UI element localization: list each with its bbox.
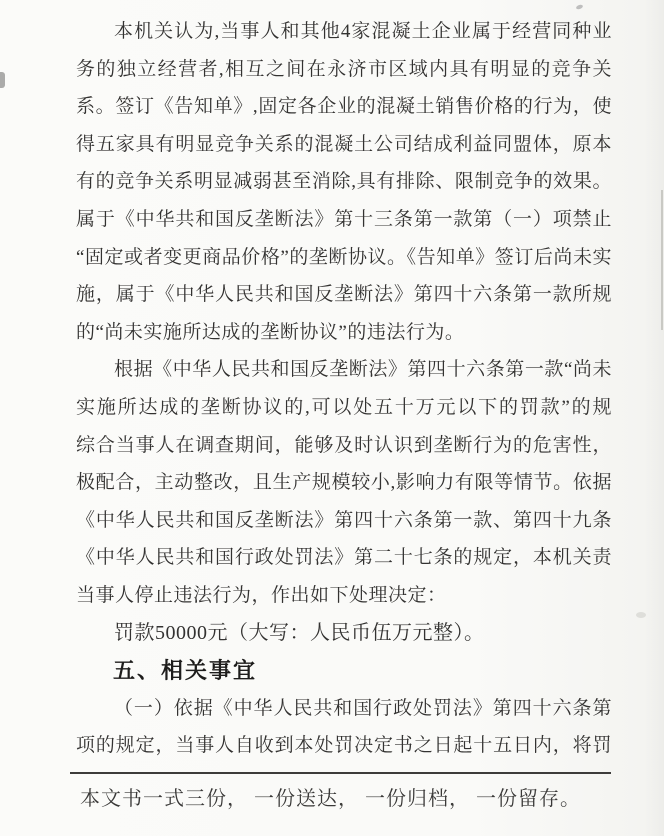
text-line: 得五家具有明显竞争关系的混凝土公司结成利益同盟体，原本具	[76, 126, 612, 164]
document-body: 本机关认为,当事人和其他4家混凝土企业属于经营同种业 务的独立经营者,相互之间在…	[76, 13, 612, 765]
text-line: 根据《中华人民共和国反垄断法》第四十六条第一款“尚未	[76, 351, 612, 389]
text-line: 属于《中华共和国反垄断法》第十三条第一款第（一）项禁止的	[76, 201, 612, 239]
text-line: 的“尚未实施所达成的垄断协议”的违法行为。	[76, 314, 612, 352]
scanned-document-page: 本机关认为,当事人和其他4家混凝土企业属于经营同种业 务的独立经营者,相互之间在…	[0, 0, 664, 836]
text-line: 极配合，主动整改，且生产规模较小,影响力有限等情节。依据	[76, 464, 612, 502]
text-line: 《中华人民共和国反垄断法》第四十六条第一款、第四十九条和	[76, 502, 612, 540]
scan-artifact-top-mark	[576, 4, 584, 10]
penalty-amount-line: 罚款50000元（大写：人民币伍万元整）。	[76, 615, 612, 653]
text-line: 本机关认为,当事人和其他4家混凝土企业属于经营同种业	[76, 13, 612, 51]
text-line: 《中华人民共和国行政处罚法》第二十七条的规定，本机关责令	[76, 539, 612, 577]
footer-copies-note: 本文书一式三份， 一份送达， 一份归档， 一份留存。	[80, 783, 600, 815]
scan-artifact-smudge	[636, 612, 646, 618]
scan-artifact-right-edge	[661, 190, 663, 330]
text-line: 有的竞争关系明显减弱甚至消除,具有排除、限制竞争的效果。	[76, 163, 612, 201]
paragraph-findings: 本机关认为,当事人和其他4家混凝土企业属于经营同种业 务的独立经营者,相互之间在…	[76, 13, 612, 351]
text-line: 综合当事人在调查期间，能够及时认识到垄断行为的危害性，积	[76, 427, 612, 465]
text-line: “固定或者变更商品价格”的垄断协议。《告知单》签订后尚未实	[76, 239, 612, 277]
paragraph-penalty-basis: 根据《中华人民共和国反垄断法》第四十六条第一款“尚未 实施所达成的垄断协议的,可…	[76, 351, 612, 614]
scan-artifact-left-tick	[0, 72, 5, 88]
text-line: 施，属于《中华人民共和国反垄断法》第四十六条第一款所规定	[76, 276, 612, 314]
text-line: （一）依据《中华人民共和国行政处罚法》第四十六条第（三）	[76, 690, 612, 728]
section-heading-related-matters: 五、相关事宜	[76, 652, 612, 690]
footer-divider	[70, 772, 611, 774]
paragraph-payment-instructions: （一）依据《中华人民共和国行政处罚法》第四十六条第（三） 项的规定，当事人自收到…	[76, 690, 612, 765]
text-line: 务的独立经营者,相互之间在永济市区域内具有明显的竞争关	[76, 51, 612, 89]
text-line: 实施所达成的垄断协议的,可以处五十万元以下的罚款”的规定，	[76, 389, 612, 427]
text-line: 当事人停止违法行为，作出如下处理决定：	[76, 577, 612, 615]
text-line: 项的规定，当事人自收到本处罚决定书之日起十五日内，将罚款	[76, 727, 612, 765]
text-line: 系。签订《告知单》,固定各企业的混凝土销售价格的行为，使	[76, 88, 612, 126]
